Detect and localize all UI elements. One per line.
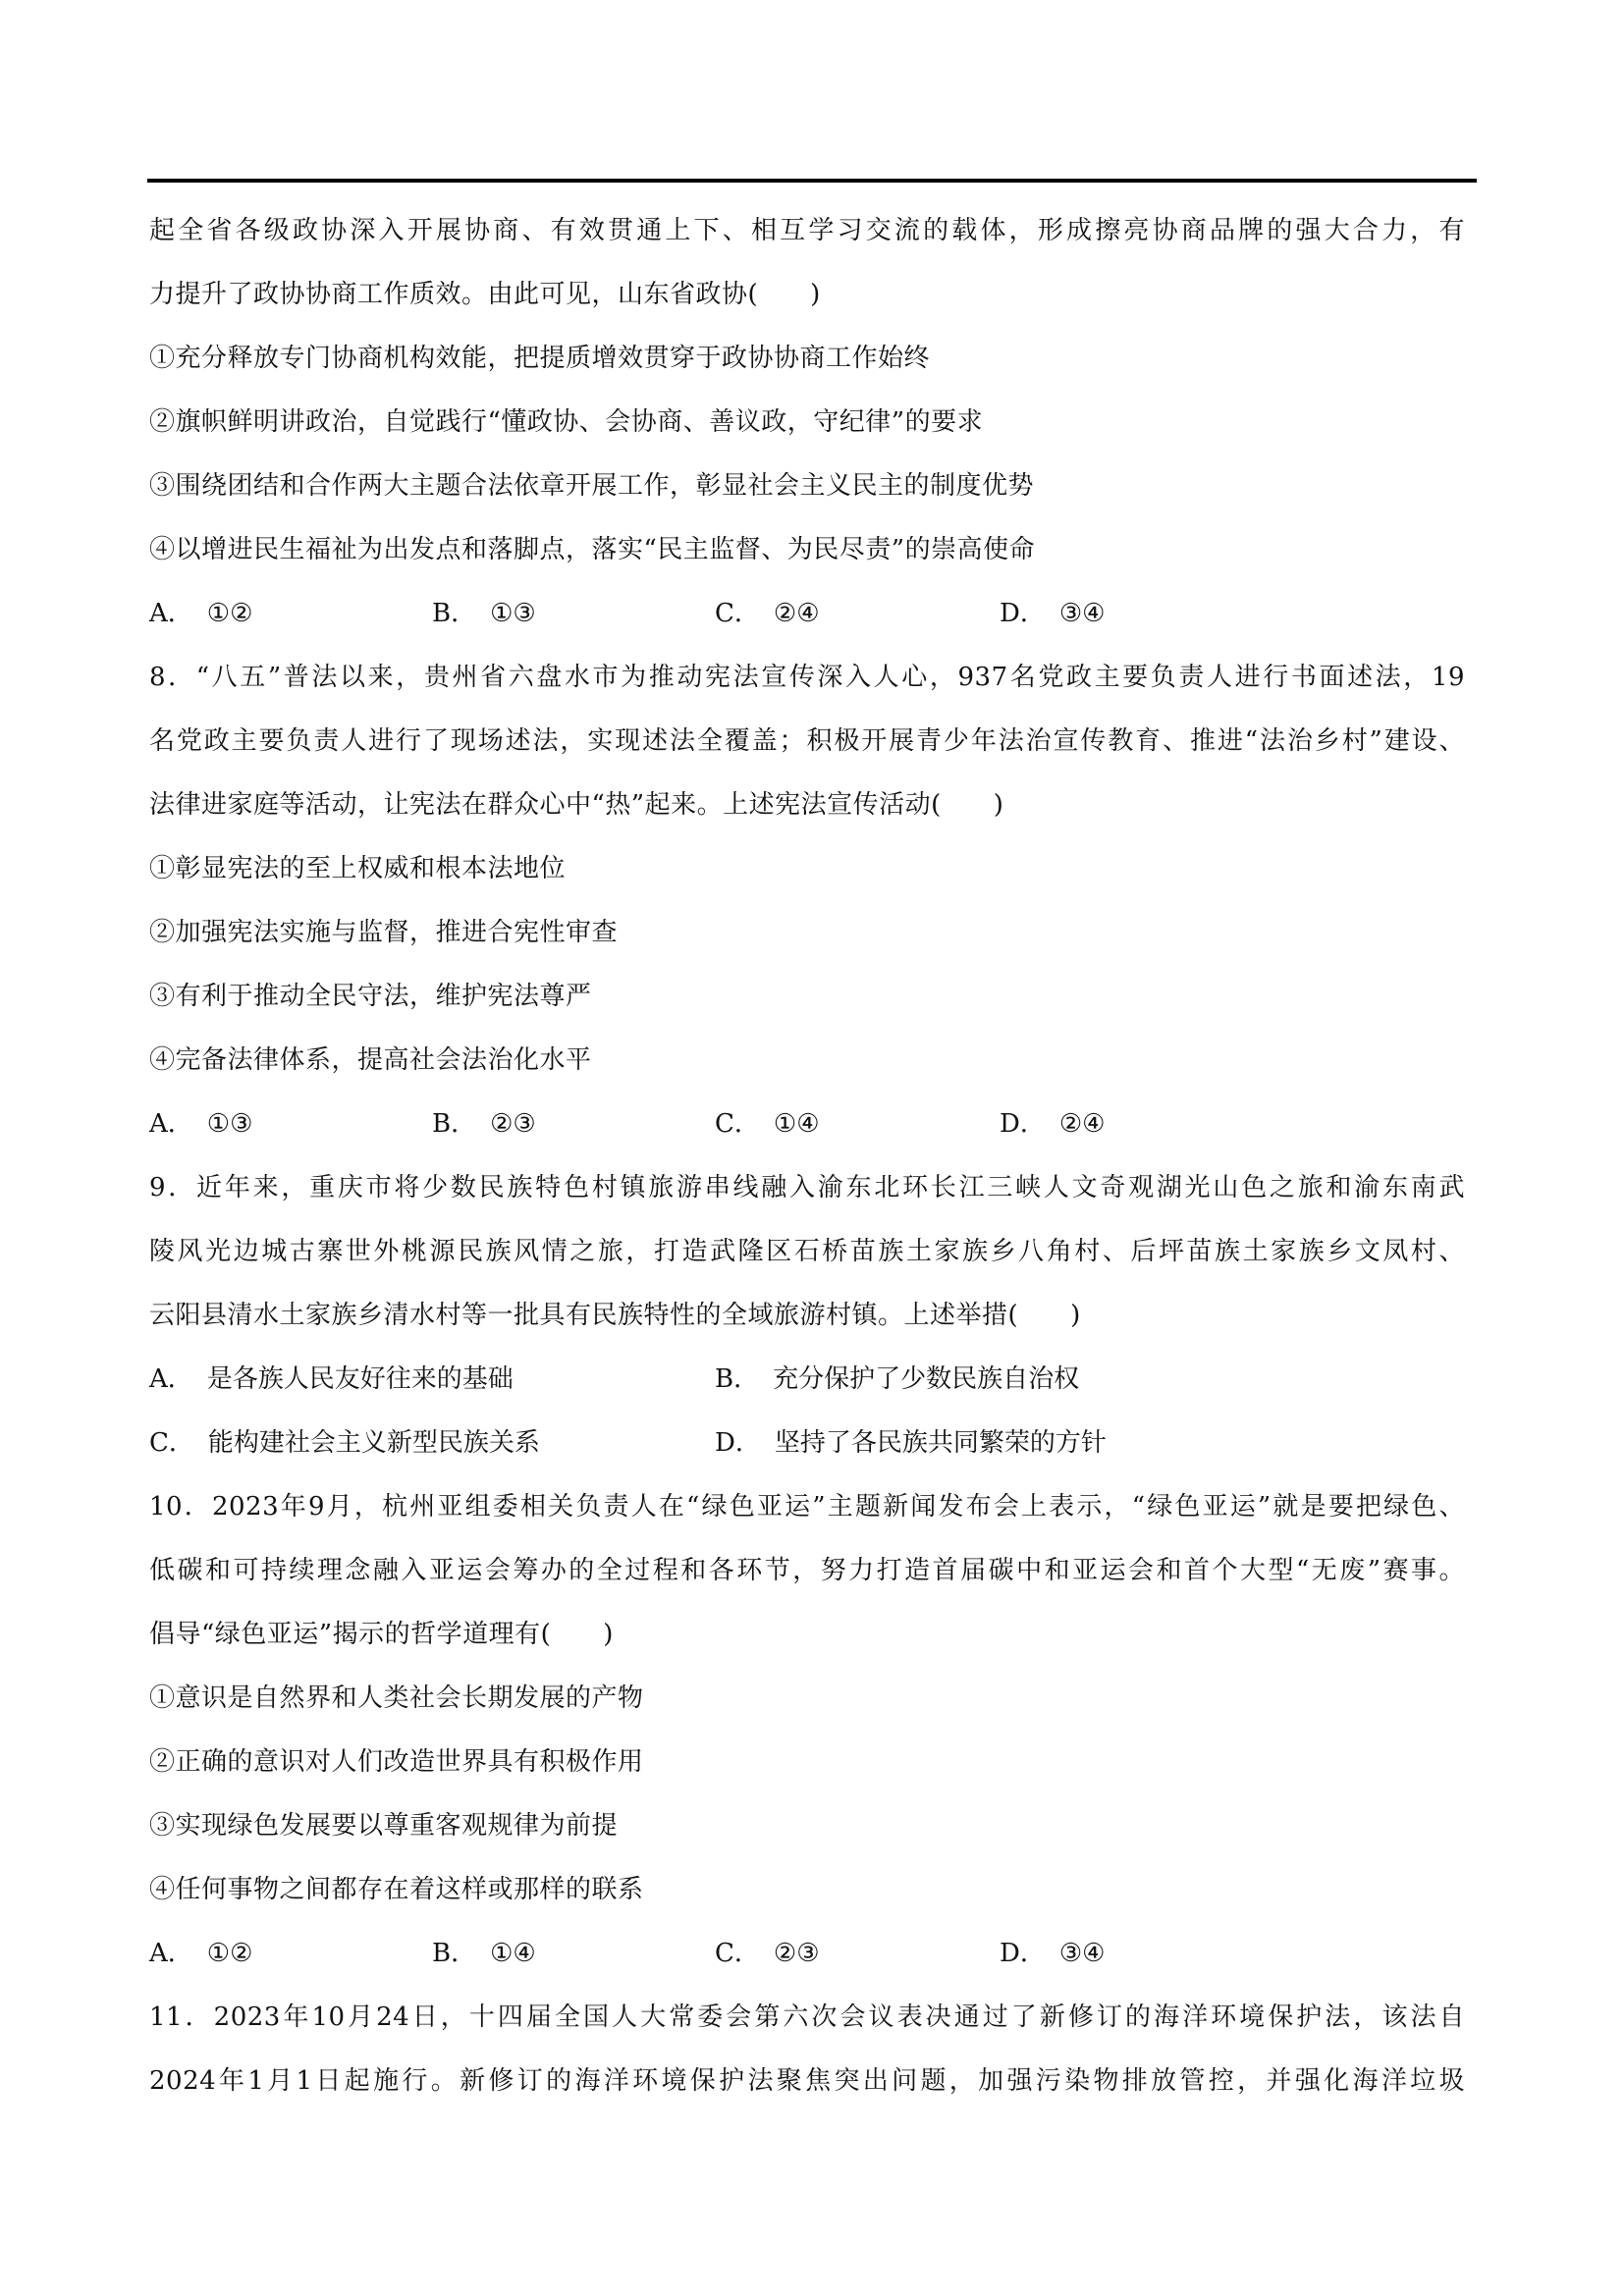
statement-item: ②加强宪法实施与监督，推进合宪性审查 (149, 908, 1465, 972)
option-text: ③④ (1059, 599, 1106, 628)
option-text: ②③ (490, 1109, 536, 1139)
option-c: C．②④ (715, 589, 820, 638)
answer-options: A．①③ B．②③ C．①④ D．②④ (149, 1099, 1465, 1163)
statement-item: ③实现绿色发展要以尊重客观规律为前提 (149, 1801, 1465, 1865)
question-stem-line: 8．“八五”普法以来，贵州省六盘水市为推动宪法宣传深入人心，937名党政主要负责… (149, 653, 1465, 717)
option-a: A．①③ (149, 1099, 252, 1148)
option-letter: A． (149, 1364, 193, 1394)
option-d: D．②④ (1000, 1099, 1105, 1148)
question-stem-line: 低碳和可持续理念融入亚运会筹办的全过程和各环节，努力打造首届碳中和亚运会和首个大… (149, 1546, 1465, 1610)
option-letter: B． (432, 1939, 476, 1968)
option-text: ①③ (207, 1109, 253, 1139)
option-letter: C． (715, 1939, 760, 1968)
option-d: D．坚持了各民族共同繁荣的方针 (715, 1418, 1107, 1468)
option-letter: D． (1000, 1939, 1046, 1968)
option-b: B．②③ (432, 1099, 536, 1148)
option-text: ①② (207, 1939, 253, 1968)
option-letter: D． (1000, 599, 1046, 628)
question-stem-line: 云阳县清水土家族乡清水村等一批具有民族特性的全域旅游村镇。上述举措( ) (149, 1291, 1465, 1355)
option-text: ①③ (490, 599, 536, 628)
header-rule (147, 179, 1477, 183)
option-letter: D． (1000, 1109, 1046, 1139)
question-stem-line: 倡导“绿色亚运”揭示的哲学道理有( ) (149, 1610, 1465, 1674)
question-stem-line: 10．2023年9月，杭州亚组委相关负责人在“绿色亚运”主题新闻发布会上表示，“… (149, 1482, 1465, 1546)
question-stem-line: 11．2023年10月24日，十四届全国人大常委会第六次会议表决通过了新修订的海… (149, 1993, 1465, 2056)
option-text: ①② (207, 599, 253, 628)
option-text: ②④ (1059, 1109, 1106, 1139)
question-stem-line: 力提升了政协协商工作质效。由此可见，山东省政协( ) (149, 270, 1465, 334)
statement-item: ③围绕团结和合作两大主题合法依章开展工作，彰显社会主义民主的制度优势 (149, 461, 1465, 525)
option-letter: C． (149, 1428, 194, 1458)
option-letter: C． (715, 1109, 760, 1139)
option-letter: A． (149, 599, 193, 628)
question-stem-line: 名党政主要负责人进行了现场述法，实现述法全覆盖；积极开展青少年法治宣传教育、推进… (149, 717, 1465, 780)
option-text: ②④ (774, 599, 820, 628)
option-text: 是各族人民友好往来的基础 (207, 1364, 514, 1394)
question-stem-line: 9．近年来，重庆市将少数民族特色村镇旅游串线融入渝东北环长江三峡人文奇观湖光山色… (149, 1163, 1465, 1227)
statement-item: ①彰显宪法的至上权威和根本法地位 (149, 844, 1465, 908)
question-stem-line: 法律进家庭等活动，让宪法在群众心中“热”起来。上述宪法宣传活动( ) (149, 780, 1465, 844)
statement-item: ③有利于推动全民守法，维护宪法尊严 (149, 972, 1465, 1036)
question-stem-line: 起全省各级政协深入开展协商、有效贯通上下、相互学习交流的载体，形成擦亮协商品牌的… (149, 206, 1465, 270)
option-b: B．①③ (432, 589, 536, 638)
statement-item: ④任何事物之间都存在着这样或那样的联系 (149, 1865, 1465, 1929)
option-letter: B． (715, 1364, 759, 1394)
statement-item: ①意识是自然界和人类社会长期发展的产物 (149, 1674, 1465, 1737)
option-b: B．充分保护了少数民族自治权 (715, 1355, 1079, 1404)
question-11: 11．2023年10月24日，十四届全国人大常委会第六次会议表决通过了新修订的海… (149, 1993, 1465, 2120)
question-10: 10．2023年9月，杭州亚组委相关负责人在“绿色亚运”主题新闻发布会上表示，“… (149, 1482, 1465, 1993)
option-c: C．②③ (715, 1929, 820, 1978)
answer-options: A．是各族人民友好往来的基础 B．充分保护了少数民族自治权 (149, 1355, 1465, 1418)
question-stem-line: 2024年1月1日起施行。新修订的海洋环境保护法聚焦突出问题，加强污染物排放管控… (149, 2056, 1465, 2120)
option-a: A．是各族人民友好往来的基础 (149, 1355, 514, 1404)
statement-item: ①充分释放专门协商机构效能，把提质增效贯穿于政协协商工作始终 (149, 334, 1465, 398)
option-letter: D． (715, 1428, 761, 1458)
option-text: ②③ (774, 1939, 820, 1968)
answer-options: C．能构建社会主义新型民族关系 D．坚持了各民族共同繁荣的方针 (149, 1418, 1465, 1482)
option-c: C．能构建社会主义新型民族关系 (149, 1418, 540, 1468)
option-d: D．③④ (1000, 589, 1105, 638)
option-letter: C． (715, 599, 760, 628)
statement-item: ④以增进民生福祉为出发点和落脚点，落实“民主监督、为民尽责”的崇高使命 (149, 525, 1465, 589)
question-7: 起全省各级政协深入开展协商、有效贯通上下、相互学习交流的载体，形成擦亮协商品牌的… (149, 206, 1465, 653)
exam-page: 起全省各级政协深入开展协商、有效贯通上下、相互学习交流的载体，形成擦亮协商品牌的… (0, 0, 1624, 2296)
statement-item: ④完备法律体系，提高社会法治化水平 (149, 1036, 1465, 1099)
option-text: 充分保护了少数民族自治权 (773, 1364, 1079, 1394)
question-stem-line: 陵风光边城古寨世外桃源民族风情之旅，打造武隆区石桥苗族土家族乡八角村、后坪苗族土… (149, 1227, 1465, 1291)
option-letter: B． (432, 1109, 476, 1139)
statement-item: ②旗帜鲜明讲政治，自觉践行“懂政协、会协商、善议政，守纪律”的要求 (149, 398, 1465, 461)
option-text: 能构建社会主义新型民族关系 (208, 1428, 540, 1458)
option-letter: A． (149, 1939, 193, 1968)
option-a: A．①② (149, 1929, 252, 1978)
option-d: D．③④ (1000, 1929, 1105, 1978)
statement-item: ②正确的意识对人们改造世界具有积极作用 (149, 1737, 1465, 1801)
option-text: ③④ (1059, 1939, 1106, 1968)
option-text: 坚持了各民族共同繁荣的方针 (775, 1428, 1107, 1458)
answer-options: A．①② B．①④ C．②③ D．③④ (149, 1929, 1465, 1993)
question-8: 8．“八五”普法以来，贵州省六盘水市为推动宪法宣传深入人心，937名党政主要负责… (149, 653, 1465, 1163)
answer-options: A．①② B．①③ C．②④ D．③④ (149, 589, 1465, 653)
page-content: 起全省各级政协深入开展协商、有效贯通上下、相互学习交流的载体，形成擦亮协商品牌的… (149, 206, 1465, 2120)
option-text: ①④ (490, 1939, 536, 1968)
question-9: 9．近年来，重庆市将少数民族特色村镇旅游串线融入渝东北环长江三峡人文奇观湖光山色… (149, 1163, 1465, 1482)
option-c: C．①④ (715, 1099, 820, 1148)
option-b: B．①④ (432, 1929, 536, 1978)
option-letter: B． (432, 599, 476, 628)
option-text: ①④ (774, 1109, 820, 1139)
option-a: A．①② (149, 589, 252, 638)
option-letter: A． (149, 1109, 193, 1139)
